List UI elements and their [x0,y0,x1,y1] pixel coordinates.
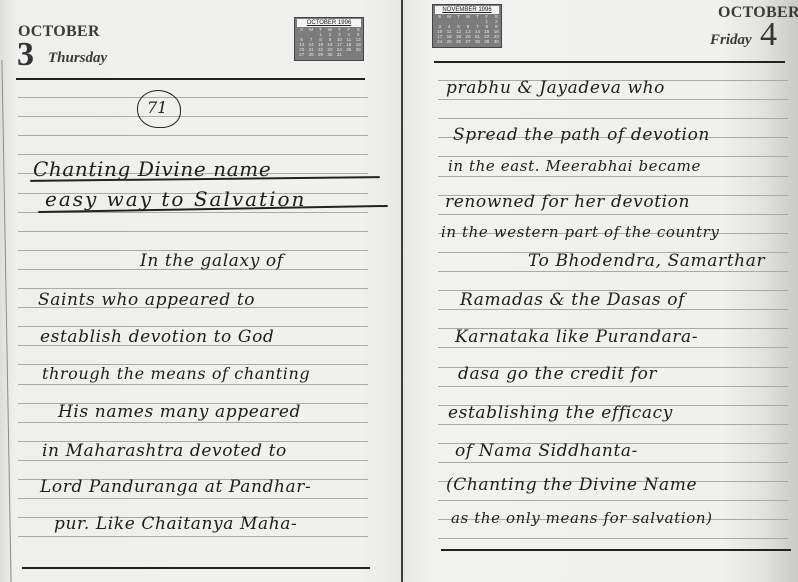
right-day-name: Friday [710,32,752,49]
calendar-day: 29 [316,52,325,57]
calendar-day: 25 [444,39,453,44]
body-line: To Bhodendra, Samarthar [528,251,765,271]
ruled-line [438,347,788,348]
page-edge [1,60,11,582]
ruled-line [438,500,788,501]
calendar-day: 30 [325,52,334,57]
ruled-line [18,116,368,117]
body-line: as the only means for salvation) [451,509,713,527]
body-line: in the east. Meerabhai became [448,157,701,175]
ruled-line [438,118,788,119]
header-rule [434,61,785,63]
body-line: Lord Panduranga at Pandhar- [40,477,311,497]
calendar-day: 29 [482,39,491,44]
ruled-line [438,538,788,539]
ruled-line [18,536,368,537]
diary-page-right: NOVEMBER 1996 S M T W T F S 12 3456789 1… [403,0,798,582]
ruled-line [438,99,788,100]
ruled-line [438,462,788,463]
body-line: renowned for her devotion [445,192,690,212]
ruled-line [438,424,788,425]
body-line: dasa go the credit for [458,364,657,384]
right-month: OCTOBER [718,4,798,22]
mini-calendar-title: NOVEMBER 1996 [435,6,499,14]
body-line: establish devotion to God [40,327,274,347]
ruled-line [438,176,788,177]
ruled-line [18,97,368,98]
body-line: in Maharashtra devoted to [42,441,287,461]
ruled-line [438,214,788,215]
body-line: His names many appeared [58,402,301,422]
diary-spread: OCTOBER 3 Thursday OCTOBER 1996 S M T W … [0,0,798,582]
body-line: establishing the efficacy [448,403,673,423]
ruled-line [18,498,368,499]
body-line: pur. Like Chaitanya Maha- [54,514,297,534]
page-number-circle: 71 [137,90,181,128]
calendar-day: 27 [463,39,472,44]
diary-page-left: OCTOBER 3 Thursday OCTOBER 1996 S M T W … [0,0,402,582]
body-line: Spread the path of devotion [453,125,710,145]
ruled-line [438,271,788,272]
mini-calendar-title: OCTOBER 1996 [297,19,361,27]
mini-calendar-grid: S M T W T F S 12345 6789101112 131415161… [297,27,363,57]
calendar-day: 31 [335,52,344,57]
calendar-day [344,52,353,57]
footer-rule [22,567,370,569]
body-line: Saints who appeared to [38,290,255,310]
mini-calendar-november: NOVEMBER 1996 S M T W T F S 12 3456789 1… [432,4,502,48]
body-line: in the western part of the country [441,223,720,241]
calendar-day: 28 [306,52,315,57]
page-number: 71 [147,98,167,117]
body-line: of Nama Siddhanta- [455,441,638,461]
ruled-line [18,384,368,385]
body-line: Karnataka like Purandara- [455,327,698,347]
body-line: through the means of chanting [42,364,310,383]
footer-rule [441,549,791,551]
ruled-line [18,288,368,289]
calendar-day: 28 [473,39,482,44]
body-line: prabhu & Jayadeva who [446,78,665,98]
ruled-line [438,386,788,387]
calendar-day: 27 [297,52,306,57]
left-day-name: Thursday [48,50,107,67]
ruled-line [18,154,368,155]
body-line: Ramadas & the Dasas of [460,290,685,310]
header-rule [16,78,365,80]
body-line: In the galaxy of [140,251,284,271]
calendar-day: 26 [454,39,463,44]
mini-calendar-october: OCTOBER 1996 S M T W T F S 12345 6789101… [294,17,364,61]
ruled-line [18,135,368,136]
calendar-day: 30 [492,39,501,44]
left-day-number: 3 [17,38,34,72]
mini-calendar-grid: S M T W T F S 12 3456789 10111213141516 … [435,14,501,44]
ruled-line [18,231,368,232]
calendar-day [354,52,363,57]
right-day-number: 4 [760,18,777,52]
calendar-day: 24 [435,39,444,44]
body-line: (Chanting the Divine Name [446,475,697,495]
